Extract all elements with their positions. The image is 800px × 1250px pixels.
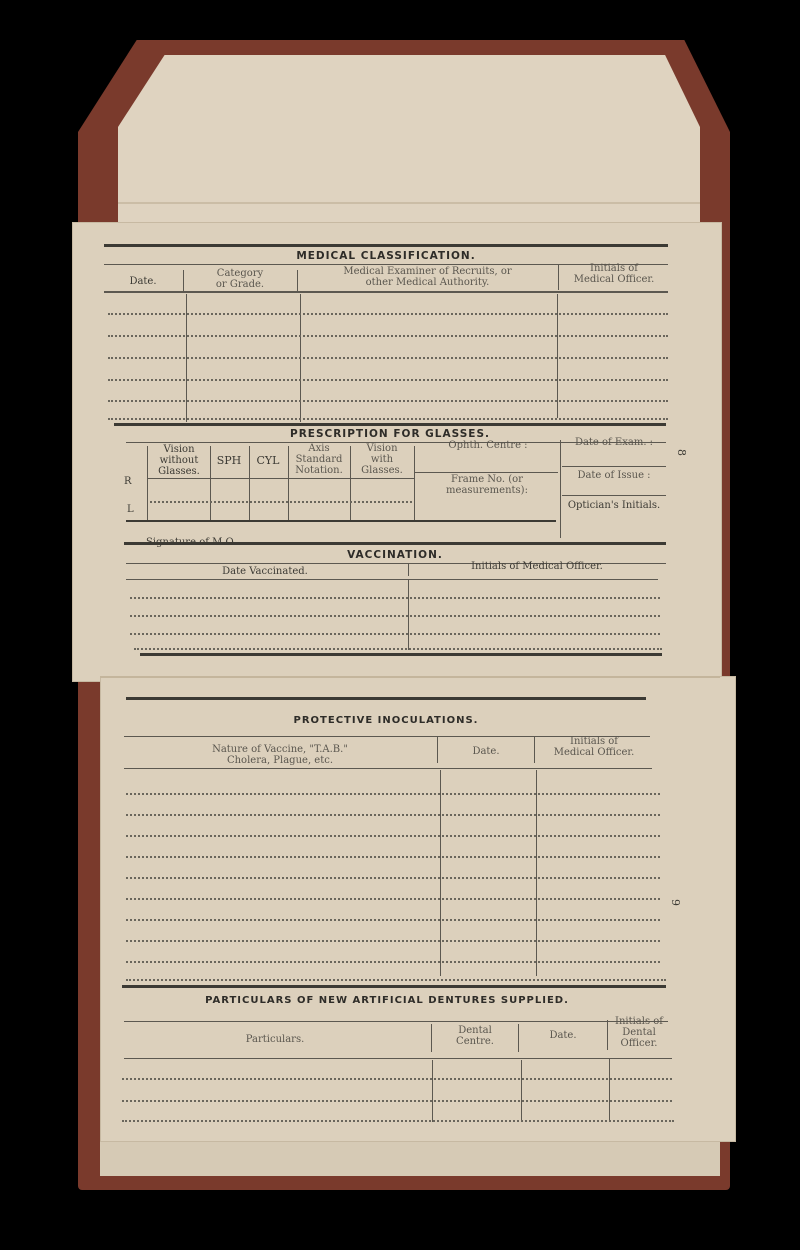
col-category: Category or Grade. — [190, 268, 290, 290]
col-vision-without: Vision without Glasses. — [150, 444, 208, 477]
inner-cover-flap — [118, 55, 700, 235]
col-divider — [440, 770, 441, 976]
col-date: Date. — [520, 1030, 606, 1041]
blank-entry-line[interactable] — [108, 418, 668, 420]
col-vision-with: Vision with Glasses. — [351, 443, 413, 476]
section-rule — [126, 520, 556, 522]
row-label-l: L — [127, 504, 134, 515]
col-date-vaccinated: Date Vaccinated. — [130, 566, 400, 577]
blank-entry-line[interactable] — [122, 1120, 674, 1122]
col-initials-mo: Initials of Medical Officer. — [412, 561, 662, 572]
col-divider — [536, 770, 537, 976]
col-divider — [431, 1024, 432, 1052]
col-nature-of-vaccine: Nature of Vaccine, "T.A.B." Cholera, Pla… — [130, 744, 430, 766]
blank-entry-line[interactable] — [126, 919, 660, 921]
col-divider — [297, 270, 298, 292]
medical-classification-title: MEDICAL CLASSIFICATION. — [104, 250, 668, 262]
col-divider — [534, 737, 535, 763]
blank-entry-line[interactable] — [126, 961, 660, 963]
frame-no-label: Frame No. (or measurements): — [416, 474, 558, 496]
col-particulars: Particulars. — [130, 1034, 420, 1045]
col-medical-examiner: Medical Examiner of Recruits, or other M… — [300, 266, 555, 288]
col-divider — [609, 1058, 610, 1120]
section-rule — [104, 244, 668, 247]
header-rule — [126, 579, 658, 580]
blank-entry-line[interactable] — [108, 313, 668, 315]
page-number-left: 8 — [675, 449, 688, 456]
col-cyl: CYL — [249, 455, 287, 466]
col-date: Date. — [440, 746, 532, 757]
dentures-title: PARTICULARS OF NEW ARTIFICIAL DENTURES S… — [122, 995, 652, 1006]
col-initials-mo: Initials of Medical Officer. — [536, 736, 652, 758]
blank-entry-line[interactable] — [130, 615, 660, 617]
blank-entry-line[interactable] — [126, 793, 660, 795]
blank-entry-line[interactable] — [108, 335, 668, 337]
date-of-exam-label: Date of Exam. : — [562, 437, 666, 448]
header-rule — [104, 291, 668, 293]
col-divider — [432, 1060, 433, 1122]
col-axis: Axis Standard Notation. — [288, 443, 350, 476]
blank-entry-line[interactable] — [108, 400, 668, 402]
header-rule — [124, 768, 652, 769]
row-rule — [562, 495, 666, 496]
col-date: Date. — [108, 276, 178, 287]
blank-entry-line[interactable] — [108, 379, 668, 381]
blank-entry-line[interactable] — [134, 648, 662, 650]
col-sph: SPH — [210, 455, 248, 466]
col-divider — [560, 440, 561, 538]
col-divider — [518, 1024, 519, 1052]
date-of-issue-label: Date of Issue : — [562, 470, 666, 481]
vaccination-title: VACCINATION. — [124, 549, 666, 561]
page-number-right: 9 — [669, 899, 682, 906]
blank-entry-line[interactable] — [126, 856, 660, 858]
ophth-centre-label: Ophth. Centre : — [418, 440, 558, 451]
col-divider — [558, 264, 559, 290]
col-divider — [437, 737, 438, 763]
row-label-r: R — [124, 476, 132, 487]
prescription-entry-line[interactable] — [150, 501, 412, 503]
section-rule — [126, 697, 646, 700]
section-rule — [114, 423, 666, 426]
section-rule — [124, 542, 666, 545]
page-fold — [100, 676, 720, 678]
underlying-page — [100, 1140, 720, 1176]
blank-entry-line[interactable] — [126, 898, 660, 900]
section-rule — [122, 985, 666, 988]
col-initials-dental-officer: Initials of Dental Officer. — [608, 1016, 670, 1049]
row-rule — [415, 472, 558, 473]
blank-entry-line[interactable] — [130, 597, 660, 599]
header-rule — [124, 1021, 668, 1022]
col-dental-centre: Dental Centre. — [434, 1025, 516, 1047]
blank-entry-line[interactable] — [126, 940, 660, 942]
blank-entry-line[interactable] — [126, 979, 666, 981]
col-divider — [147, 446, 148, 522]
col-initials: Initials of Medical Officer. — [560, 263, 668, 285]
opticians-initials-label: Optician's Initials. — [562, 500, 666, 511]
blank-entry-line[interactable] — [108, 357, 668, 359]
col-divider — [521, 1060, 522, 1122]
section-rule — [140, 653, 662, 656]
blank-entry-line[interactable] — [122, 1100, 672, 1102]
col-divider — [408, 564, 409, 576]
row-rule — [562, 466, 666, 467]
blank-entry-line[interactable] — [130, 633, 660, 635]
col-divider — [414, 446, 415, 522]
blank-entry-line[interactable] — [126, 835, 660, 837]
col-divider — [183, 270, 184, 292]
row-rule — [148, 478, 414, 479]
blank-entry-line[interactable] — [126, 814, 660, 816]
inoculations-title: PROTECTIVE INOCULATIONS. — [126, 715, 646, 726]
header-rule — [124, 1058, 672, 1059]
blank-entry-line[interactable] — [122, 1078, 672, 1080]
flap-crease — [118, 202, 700, 204]
blank-entry-line[interactable] — [126, 877, 660, 879]
